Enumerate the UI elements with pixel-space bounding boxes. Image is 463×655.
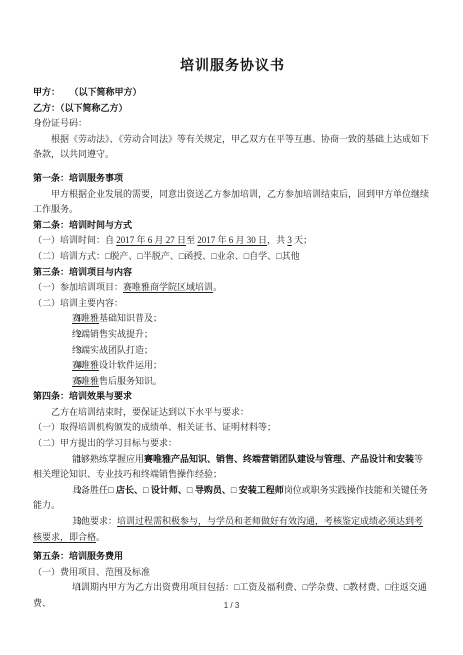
training-time-to: 至 [186, 235, 197, 245]
item-number: 1. [55, 311, 72, 327]
item-number: 3. [55, 343, 72, 359]
id-number-line: 身份证号码： [33, 116, 432, 132]
requirement-intro: 乙方在培训结束时，要保证达到以下水平与要求： [33, 405, 432, 421]
training-time-line: （一）培训时间：自 2017 年 6 月 27 日至 2017 年 6 月 30… [33, 233, 432, 249]
item-number: 4. [55, 358, 72, 374]
fee-item-line: （一）费用项目、范围及标准 [33, 565, 432, 581]
goal-number: 2. [55, 483, 72, 499]
article4-heading: 第四条：培训效果与要求 [33, 389, 432, 405]
training-content-item: 4.赛唯雅设计软件运用； [33, 358, 432, 374]
project-suffix: 。 [213, 282, 222, 292]
goal-number: 3. [55, 514, 72, 530]
article1-heading: 第一条：培训服务事项 [33, 171, 432, 187]
brand-name: 赛唯雅 [72, 313, 99, 323]
fee-number: 1. [55, 580, 72, 596]
party-b-line: 乙方：（以下简称乙方） [33, 101, 432, 117]
goal-prefix: 其他要求： [72, 516, 117, 526]
goal-suffix: 。 [96, 532, 105, 542]
project-prefix: （一）参加培训项目： [33, 282, 123, 292]
requirement-item-2: （二）甲方提出的学习目标与要求： [33, 436, 432, 452]
training-time-mid: ，共 [267, 235, 287, 245]
item-text: 售后服务知识。 [99, 376, 162, 386]
item-number: 2. [55, 327, 72, 343]
article1-body: 甲方根据企业发展的需要，同意出资送乙方参加培训，乙方参加培训结束后，回到甲方单位… [33, 187, 432, 218]
training-content-item: 1.赛唯雅基础知识普及； [33, 311, 432, 327]
goal-prefix: 能够熟练掌握应用 [72, 454, 144, 464]
party-a-line: 甲方：（以下简称甲方） [33, 85, 432, 101]
training-content-item: 2.终端销售实战提升； [33, 327, 432, 343]
training-end-date: 2017 年 6 月 30 日 [197, 235, 267, 245]
training-time-prefix: （一）培训时间：自 [33, 235, 116, 245]
project-name: 赛唯雅商学院区域培训 [123, 282, 213, 292]
document-title: 培训服务协议书 [33, 55, 432, 76]
goal-number: 1. [55, 452, 72, 468]
brand-name: 赛唯雅 [72, 360, 99, 370]
training-content-label: （二）培训主要内容： [33, 296, 432, 312]
goal-line-1: 1.能够熟练掌握应用赛唯雅产品知识、销售、终端营销团队建设与管理、产品设计和安装… [33, 452, 432, 483]
brand-name: 赛唯雅 [72, 376, 99, 386]
training-project-line: （一）参加培训项目：赛唯雅商学院区域培训。 [33, 280, 432, 296]
article2-heading: 第二条：培训时间与方式 [33, 218, 432, 234]
item-text: 终端实战团队打造； [72, 345, 153, 355]
training-content-item: 3.终端实战团队打造； [33, 343, 432, 359]
goal-line-2: 2.具备胜任□ 店长、□ 设计师、□ 导购员、□ 安装工程师岗位或职务实践操作技… [33, 483, 432, 514]
goal-prefix: 具备胜任 [72, 485, 108, 495]
goal-line-3: 3.其他要求：培训过程需积极参与，与学员和老师做好有效沟通，考核鉴定成绩必须达到… [33, 514, 432, 545]
goal-bold-text: 赛唯雅产品知识、销售、终端营销团队建设与管理、产品设计和安装 [144, 454, 414, 464]
party-a-label: 甲方： [33, 87, 60, 97]
item-text: 设计软件运用； [99, 360, 162, 370]
preamble-paragraph: 根据《劳动法》、《劳动合同法》等有关规定，甲乙双方在平等互惠、协商一致的基础上达… [33, 132, 432, 163]
training-time-suffix: 天； [292, 235, 312, 245]
party-a-note: （以下简称甲方） [74, 87, 142, 97]
item-text: 终端销售实战提升； [72, 329, 153, 339]
training-method-line: （二）培训方式：□脱产、□半脱产、□函授、□业余、□自学、□其他 [33, 249, 432, 265]
article3-heading: 第三条：培训项目与内容 [33, 265, 432, 281]
goal-bold-checkboxes: □ 店长、□ 设计师、□ 导购员、□ 安装工程师 [108, 485, 284, 495]
document-page: 培训服务协议书 甲方：（以下简称甲方） 乙方：（以下简称乙方） 身份证号码： 根… [0, 0, 463, 655]
item-number: 5. [55, 374, 72, 390]
page-number: 1 / 3 [0, 600, 463, 612]
training-start-date: 2017 年 6 月 27 日 [116, 235, 186, 245]
article5-heading: 第五条：培训服务费用 [33, 549, 432, 565]
requirement-item-1: （一）取得培训机构颁发的成绩单、相关证书、证明材料等； [33, 420, 432, 436]
training-content-item: 5.赛唯雅售后服务知识。 [33, 374, 432, 390]
item-text: 基础知识普及； [99, 313, 162, 323]
